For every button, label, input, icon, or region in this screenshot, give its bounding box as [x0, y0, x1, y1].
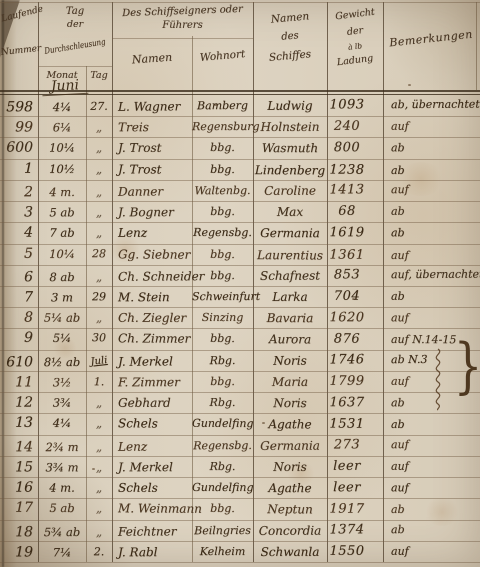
- cell-lockage-time: 10¼: [38, 246, 86, 260]
- ledger-row: 185¾ ab„FeichtnerBeilngriesConcordia1374…: [0, 518, 480, 542]
- cell-lockage-time: 4 m.: [38, 184, 86, 198]
- cell-owner-name: J. Bogner: [112, 205, 192, 219]
- ledger-row: 164 m.„SchelsGundelfingAgatheleerauf: [0, 477, 480, 499]
- ledger-row: 197¼2.J. RablKelheimSchwanla1550auf: [0, 540, 480, 562]
- header-owner-line1: Des Schiffseigners oder: [112, 4, 253, 20]
- ledger-row: 35 ab„J. Bognerbbg.Max68ab: [0, 201, 480, 223]
- grid-line: [0, 265, 480, 266]
- cell-ship-name: Bavaria: [253, 311, 327, 325]
- cell-remark: auf, übernachtet: [383, 268, 480, 282]
- cell-owner-name: Ch. Zimmer: [112, 331, 192, 345]
- cell-lockage-time: 4¼: [38, 416, 86, 430]
- grid-line: [112, 38, 253, 39]
- cell-cargo-weight: 704: [319, 289, 375, 304]
- cell-owner-name: Lenz: [112, 438, 192, 452]
- cell-ship-name: Concordia: [253, 523, 327, 537]
- cell-owner-name: Schels: [112, 480, 192, 494]
- cell-ship-name: Larka: [253, 289, 327, 303]
- grid-line: [0, 159, 480, 160]
- cell-ship-name: Germania: [253, 226, 327, 240]
- cell-day: 28: [86, 247, 112, 260]
- cell-day: 30: [86, 332, 112, 345]
- ledger-row: 175 ab„M. Weinmannbbg.Neptun1917ab: [0, 497, 480, 521]
- cell-day: „: [86, 269, 112, 283]
- cell-residence: Regensburg: [192, 120, 253, 133]
- header-day-group-tag: Tag: [38, 6, 112, 17]
- cell-remark: auf: [383, 459, 480, 472]
- cell-remark: auf: [383, 481, 480, 494]
- cell-cargo-weight: 1550: [319, 544, 375, 559]
- cell-owner-name: J. Trost: [112, 141, 192, 155]
- cell-number: 16: [0, 479, 38, 495]
- cell-owner-name: J. Rabl: [112, 544, 192, 558]
- cell-residence: Gundelfing: [192, 417, 253, 430]
- cell-ship-name: Maria: [253, 374, 327, 388]
- cell-residence: bbg.: [192, 205, 253, 218]
- cell-residence: bbg.: [192, 141, 253, 154]
- cell-owner-name: Gebhard: [112, 396, 192, 410]
- cell-day: Juli: [85, 354, 112, 368]
- grid-line: [0, 307, 480, 308]
- cell-day: „: [86, 524, 112, 538]
- header-day-group-der: der: [38, 19, 112, 30]
- cell-day: „: [86, 439, 112, 453]
- cell-day: „: [86, 184, 112, 198]
- cell-lockage-time: 3 m: [38, 290, 86, 304]
- cell-cargo-weight: 1413: [319, 182, 375, 197]
- grid-line: [0, 328, 480, 329]
- cell-residence: Rbg.: [192, 396, 253, 409]
- cell-owner-name: J. Merkel: [112, 460, 192, 474]
- cell-number: 6: [0, 269, 38, 285]
- cell-number: 8: [0, 309, 38, 325]
- ledger-row: 142¾ m„LenzRegensbg.Germania273auf: [0, 433, 480, 457]
- cell-cargo-weight: leer: [319, 480, 375, 495]
- cell-owner-name: Ch. Schneider: [112, 269, 192, 283]
- cell-lockage-time: 6¼: [38, 120, 86, 134]
- cell-lockage-time: 5¼: [38, 331, 86, 345]
- cell-ship-name: Schwanla: [253, 544, 327, 558]
- cell-day: „: [86, 205, 112, 219]
- cell-cargo-weight: leer: [319, 459, 375, 474]
- cell-ship-name: Max: [253, 205, 327, 219]
- cell-owner-name: Gg. Siebner: [112, 246, 192, 260]
- grid-line: [0, 456, 480, 457]
- grid-line: [0, 137, 480, 138]
- cell-remark: auf: [383, 120, 480, 133]
- header-day-group-durchschleusung: Durchschleusung: [39, 37, 110, 58]
- header-subcol-tag: Tag: [86, 70, 112, 81]
- cell-owner-name: Lenz: [112, 226, 192, 240]
- cell-lockage-time: 3½: [38, 375, 86, 389]
- header-ship-l3: Schiffes: [253, 47, 328, 65]
- ledger-row: 47 ab„LenzRegensbg.Germania1619ab: [0, 222, 480, 244]
- header-ship-l1: Namen: [253, 9, 328, 27]
- cell-number: 598: [0, 99, 38, 115]
- cell-remark: ab: [383, 227, 480, 240]
- grid-line: [0, 477, 480, 478]
- cell-number: 1: [0, 160, 38, 176]
- header-subcol-wohnort: Wohnort: [192, 47, 254, 64]
- grid-line: [0, 371, 480, 372]
- cell-owner-name: M. Weinmann: [112, 501, 192, 515]
- month-label-juni: Juni: [42, 77, 89, 96]
- grid-line: [0, 413, 480, 414]
- cell-residence: bbg.: [192, 269, 253, 282]
- cell-ship-name: Noris: [253, 459, 327, 473]
- margin-note-squiggle-icon: [431, 347, 445, 411]
- cell-lockage-time: 5¼ ab: [38, 310, 86, 324]
- header-ship-l2: des: [253, 28, 328, 45]
- cell-day: „: [86, 226, 112, 240]
- cell-cargo-weight: 853: [319, 267, 375, 282]
- cell-number: 15: [0, 459, 38, 475]
- cell-cargo-weight: 68: [319, 204, 375, 219]
- cell-day: 2.: [86, 545, 112, 558]
- cell-cargo-weight: 240: [319, 119, 375, 134]
- cell-number: 2: [0, 184, 38, 200]
- cell-number: 7: [0, 289, 38, 305]
- cell-remark: ab: [383, 418, 480, 432]
- grid-line: [0, 498, 480, 499]
- header-weight-l1: Gewicht: [327, 6, 384, 24]
- cell-lockage-time: 10¼: [38, 141, 86, 155]
- ledger-row: 60010¼„J. Trostbbg.Wasmuth800ab: [0, 137, 480, 159]
- cell-lockage-time: 8½ ab: [38, 354, 86, 368]
- cell-lockage-time: 5 ab: [38, 205, 86, 219]
- header-weight-l2: der: [327, 23, 384, 41]
- ledger-row: 6108½ abJuliJ. MerkelRbg.Noris1746ab N.3: [0, 348, 480, 372]
- cell-day: 27.: [86, 100, 112, 113]
- cell-remark: auf: [383, 312, 480, 325]
- cell-residence: bbg.: [192, 247, 253, 260]
- ledger-row: 24 m.„DannerWaltenbg.Caroline1413auf: [0, 179, 480, 203]
- cell-residence: Schweinfurt: [192, 290, 253, 303]
- cell-owner-name: J. Trost: [112, 162, 192, 176]
- ledger-row: 85¼ ab„Ch. ZieglerSinzingBavaria1620auf: [0, 307, 480, 329]
- cell-ship-name: Agathe: [253, 417, 327, 431]
- ledger-row: 110½„J. Trostbbg.Lindenberg1238ab: [0, 157, 480, 181]
- cell-owner-name: J. Merkel: [112, 354, 192, 368]
- cell-lockage-time: 4 m.: [38, 480, 86, 494]
- cell-cargo-weight: 1531: [319, 417, 375, 432]
- cell-residence: Bamberg: [192, 99, 253, 112]
- cell-residence: Sinzing: [192, 311, 253, 324]
- cell-remark: ab: [383, 503, 480, 517]
- cell-cargo-weight: 876: [319, 332, 375, 347]
- cell-lockage-time: 5 ab: [38, 501, 86, 515]
- ledger-row: 510¼28Gg. Siebnerbbg.Laurentius1361auf: [0, 242, 480, 266]
- cell-number: 11: [0, 374, 38, 390]
- cell-residence: Rbg.: [192, 354, 253, 367]
- cell-number: 9: [0, 330, 38, 346]
- grid-line: [0, 244, 480, 245]
- cell-day: „: [86, 480, 112, 494]
- cell-ship-name: Neptun: [253, 502, 327, 516]
- grid-line: [0, 435, 480, 436]
- cell-owner-name: Danner: [112, 184, 192, 198]
- cell-cargo-weight: 1093: [319, 97, 375, 112]
- header-subcol-namen: Namen: [112, 49, 193, 68]
- cell-day: „: [86, 395, 112, 409]
- grid-line: [476, 2, 477, 90]
- grid-line: [38, 66, 112, 67]
- cell-lockage-time: 8 ab: [38, 269, 86, 283]
- cell-number: 99: [0, 119, 38, 135]
- cell-day: „: [86, 141, 112, 155]
- cell-residence: Regensbg.: [192, 439, 253, 452]
- ledger-row: 68 ab„Ch. Schneiderbbg.Schafnest853auf, …: [0, 263, 480, 287]
- cell-number: 13: [0, 415, 38, 431]
- cell-remark: auf: [383, 183, 480, 197]
- grid-line: [0, 116, 480, 117]
- ink-speck: [408, 84, 411, 86]
- header-running-number-2: Nummer: [1, 44, 39, 58]
- cell-cargo-weight: 1917: [319, 502, 375, 517]
- cell-lockage-time: 5¾ ab: [38, 524, 86, 538]
- margin-brace: }: [454, 336, 480, 396]
- cell-owner-name: Schels: [112, 416, 192, 430]
- ledger-row: 153¾ m„J. MerkelRbg.Norisleerauf: [0, 455, 480, 477]
- grid-line: [0, 180, 480, 181]
- cell-residence: bbg.: [192, 162, 253, 175]
- cell-day: „: [86, 120, 112, 134]
- grid-line: [0, 2, 480, 3]
- cell-day: „: [86, 161, 112, 175]
- grid-line: [0, 541, 480, 542]
- cell-remark: ab: [383, 205, 480, 218]
- ledger-row: 113½1.F. Zimmerbbg.Maria1799auf: [0, 370, 480, 392]
- cell-cargo-weight: 1799: [319, 374, 375, 389]
- cell-owner-name: L. Wagner: [112, 99, 192, 113]
- cell-residence: Kelheim: [192, 545, 253, 558]
- cell-lockage-time: 2¾ m: [38, 439, 86, 453]
- cell-residence: bbg.: [192, 375, 253, 388]
- grid-line: [0, 222, 480, 223]
- cell-remark: auf: [383, 437, 480, 451]
- cell-residence: Regensbg.: [192, 226, 253, 239]
- cell-cargo-weight: 1361: [319, 247, 375, 262]
- cell-ship-name: Ludwig: [253, 98, 327, 112]
- cell-residence: Rbg.: [192, 460, 253, 473]
- grid-line: [0, 392, 480, 393]
- cell-number: 3: [0, 204, 38, 220]
- ledger-row: 134¼„SchelsGundelfingAgathe1531ab: [0, 412, 480, 436]
- cell-remark: auf: [383, 248, 480, 262]
- cell-number: 5: [0, 245, 38, 261]
- cell-remark: ab, übernachtet: [383, 98, 480, 112]
- cell-remark: ab: [383, 164, 480, 178]
- cell-owner-name: Treis: [112, 120, 192, 134]
- cell-day: 1.: [86, 375, 112, 388]
- cell-day: „: [86, 460, 112, 474]
- cell-ship-name: Laurentius: [253, 247, 327, 261]
- grid-line: [0, 520, 480, 521]
- cell-ship-name: Aurora: [253, 332, 327, 346]
- cell-residence: Gundelfing: [192, 481, 253, 494]
- scanned-ledger-page: Laufende Nummer Tag der Durchschleusung …: [0, 0, 480, 567]
- cell-day: 29: [86, 290, 112, 303]
- grid-line: [0, 562, 480, 563]
- cell-lockage-time: 3¾ m: [38, 460, 86, 474]
- cell-remark: ab: [383, 522, 480, 536]
- cell-ship-name: Wasmuth: [253, 141, 327, 155]
- cell-number: 600: [0, 140, 38, 156]
- cell-number: 17: [0, 500, 38, 516]
- cell-ship-name: Lindenberg: [253, 162, 327, 176]
- cell-number: 18: [0, 523, 38, 539]
- cell-number: 4: [0, 224, 38, 240]
- cell-number: 610: [0, 353, 38, 369]
- cell-number: 14: [0, 438, 38, 454]
- cell-residence: bbg.: [192, 502, 253, 515]
- cell-lockage-time: 3¾: [38, 395, 86, 409]
- ledger-row: 5984¼27.L. WagnerBambergLudwig1093ab, üb…: [0, 94, 480, 118]
- grid-line: [0, 350, 480, 351]
- cell-ship-name: Agathe: [253, 481, 327, 495]
- cell-lockage-time: 4¼: [38, 99, 86, 113]
- cell-owner-name: Ch. Ziegler: [112, 311, 192, 325]
- cell-cargo-weight: 1620: [319, 311, 375, 326]
- ledger-row: 95¼30Ch. Zimmerbbg.Aurora876auf N.14-15: [0, 327, 480, 351]
- cell-cargo-weight: 1238: [319, 162, 375, 177]
- cell-cargo-weight: 1374: [319, 522, 375, 537]
- cell-owner-name: F. Zimmer: [112, 375, 192, 389]
- cell-ship-name: Germania: [253, 438, 327, 452]
- cell-owner-name: M. Stein: [112, 290, 192, 304]
- header-remarks: Bemerkungen: [385, 27, 478, 50]
- cell-day: „: [86, 416, 112, 430]
- cell-ship-name: Noris: [253, 396, 327, 410]
- cell-residence: bbg.: [192, 332, 253, 345]
- cell-residence: Waltenbg.: [192, 184, 253, 197]
- cell-cargo-weight: 273: [319, 437, 375, 452]
- header-owner-line2: Führers: [112, 20, 253, 31]
- grid-line: [0, 286, 480, 287]
- cell-day: „: [86, 501, 112, 515]
- cell-lockage-time: 7¼: [38, 545, 86, 559]
- header-weight-l3: Ladung: [327, 52, 384, 70]
- cell-lockage-time: 7 ab: [38, 226, 86, 240]
- cell-ship-name: Holnstein: [253, 120, 327, 134]
- cell-cargo-weight: 1619: [319, 226, 375, 241]
- cell-day: „: [86, 311, 112, 325]
- cell-cargo-weight: 800: [319, 141, 375, 156]
- cell-cargo-weight: 1746: [319, 352, 375, 367]
- cell-number: 19: [0, 544, 38, 560]
- cell-residence: Beilngries: [192, 524, 253, 537]
- ledger-row: 123¾„GebhardRbg.Noris1637ab: [0, 392, 480, 414]
- cell-lockage-time: 10½: [38, 161, 86, 175]
- cell-ship-name: Schafnest: [253, 268, 327, 282]
- cell-owner-name: Feichtner: [112, 523, 192, 537]
- ledger-row: 996¼„TreisRegensburgHolnstein240auf: [0, 116, 480, 138]
- cell-ship-name: Noris: [253, 353, 327, 367]
- grid-line: [0, 201, 480, 202]
- cell-remark: ab: [383, 142, 480, 155]
- ledger-row: 73 m29M. SteinSchweinfurtLarka704ab: [0, 286, 480, 308]
- cell-cargo-weight: 1637: [319, 395, 375, 410]
- cell-number: 12: [0, 394, 38, 410]
- cell-remark: ab: [383, 290, 480, 303]
- cell-remark: auf: [383, 544, 480, 557]
- cell-ship-name: Caroline: [253, 183, 327, 197]
